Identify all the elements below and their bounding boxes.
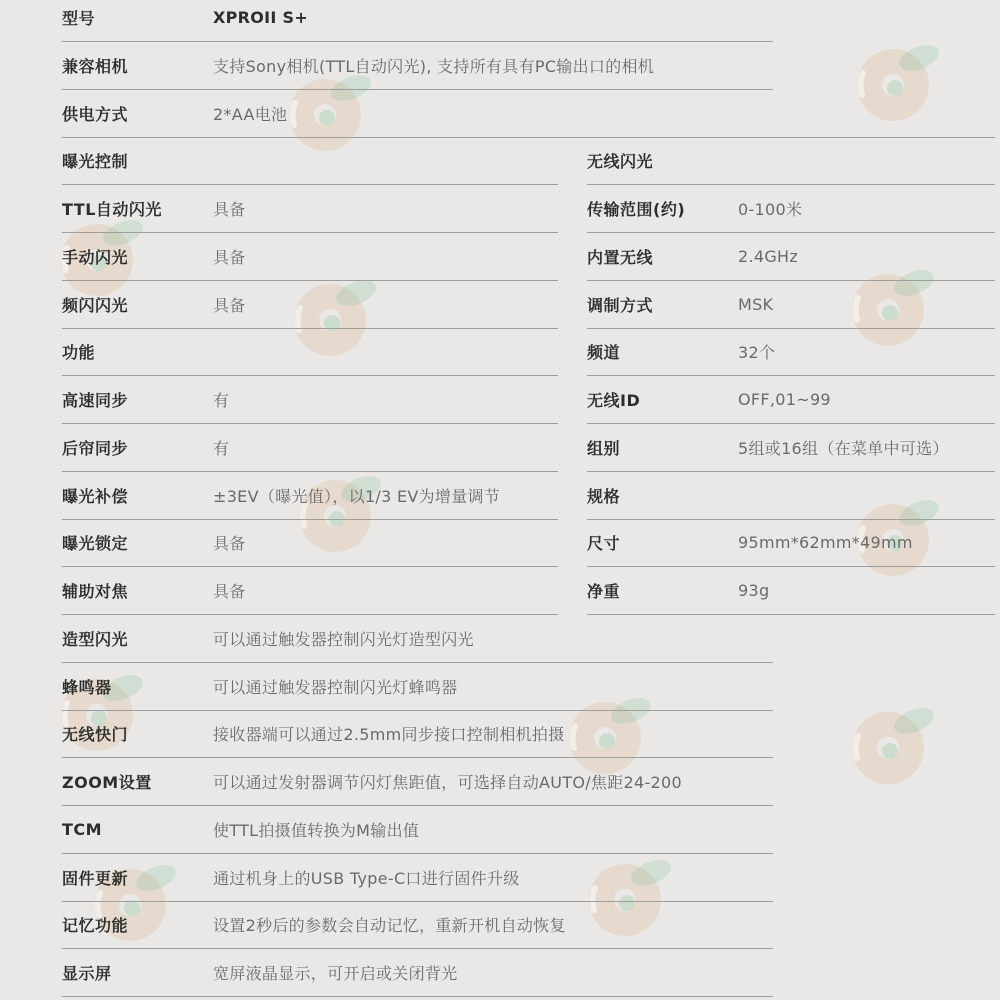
spec-label: 无线快门	[62, 722, 213, 745]
spec-table-top: 型号XPROII S+兼容相机支持Sony相机(TTL自动闪光), 支持所有具有…	[62, 0, 773, 138]
section-header-row: 规格	[587, 472, 995, 520]
spec-label: 频道	[587, 340, 738, 363]
spec-label: 传输范围(约)	[587, 197, 738, 220]
spec-label: 高速同步	[62, 388, 213, 411]
spec-label: 频闪闪光	[62, 293, 213, 316]
spec-value: XPROII S+	[213, 8, 308, 27]
spec-label: 显示屏	[62, 961, 213, 984]
spec-label: 固件更新	[62, 866, 213, 889]
spec-sheet: 型号XPROII S+兼容相机支持Sony相机(TTL自动闪光), 支持所有具有…	[0, 0, 1000, 1000]
spec-value: 95mm*62mm*49mm	[738, 533, 913, 552]
spec-value: 具备	[213, 293, 246, 316]
spec-row: 手动闪光具备	[62, 233, 558, 281]
spec-label: TTL自动闪光	[62, 197, 213, 220]
spec-value: 具备	[213, 197, 246, 220]
spec-row: 组别5组或16组（在菜单中可选）	[587, 424, 995, 472]
spec-value: 通过机身上的USB Type-C口进行固件升级	[213, 866, 520, 889]
spec-label: 供电方式	[62, 102, 213, 125]
spec-row: 无线IDOFF,01~99	[587, 376, 995, 424]
spec-row: 无线快门接收器端可以通过2.5mm同步接口控制相机拍摄	[62, 711, 773, 759]
spec-value: 0-100米	[738, 197, 802, 220]
spec-value: 接收器端可以通过2.5mm同步接口控制相机拍摄	[213, 722, 565, 745]
spec-row: 型号XPROII S+	[62, 0, 773, 42]
spec-label: 净重	[587, 579, 738, 602]
spec-label: 调制方式	[587, 293, 738, 316]
spec-row: 供电方式2*AA电池	[62, 90, 773, 138]
spec-row: 频道32个	[587, 329, 995, 377]
spec-row: 调制方式MSK	[587, 281, 995, 329]
section-header-row: 曝光控制	[62, 138, 558, 186]
spec-label: 规格	[587, 484, 738, 507]
spec-label: 功能	[62, 340, 213, 363]
section-header-row: 无线闪光	[587, 138, 995, 186]
spec-label: 无线ID	[587, 388, 738, 411]
spec-label: ZOOM设置	[62, 770, 213, 793]
spec-value: 2.4GHz	[738, 247, 798, 266]
spec-value: 宽屏液晶显示，可开启或关闭背光	[213, 961, 458, 984]
spec-label: 兼容相机	[62, 54, 213, 77]
spec-table-bottom: 造型闪光可以通过触发器控制闪光灯造型闪光蜂鸣器可以通过触发器控制闪光灯蜂鸣器无线…	[62, 615, 773, 997]
spec-row: 兼容相机支持Sony相机(TTL自动闪光), 支持所有具有PC输出口的相机	[62, 42, 773, 90]
spec-value: 32个	[738, 340, 775, 363]
spec-row: 内置无线2.4GHz	[587, 233, 995, 281]
spec-value: 具备	[213, 245, 246, 268]
spec-row: 显示屏宽屏液晶显示，可开启或关闭背光	[62, 949, 773, 997]
spec-row: 曝光锁定具备	[62, 520, 558, 568]
spec-row: 后帘同步有	[62, 424, 558, 472]
spec-row: 尺寸95mm*62mm*49mm	[587, 520, 995, 568]
spec-label: 尺寸	[587, 531, 738, 554]
spec-value: 有	[213, 388, 229, 411]
spec-value: 有	[213, 436, 229, 459]
brand-watermark-icon	[838, 703, 938, 793]
spec-label: 后帘同步	[62, 436, 213, 459]
spec-row: 高速同步有	[62, 376, 558, 424]
spec-label: 手动闪光	[62, 245, 213, 268]
spec-label: 蜂鸣器	[62, 675, 213, 698]
spec-row: TTL自动闪光具备	[62, 185, 558, 233]
spec-row: ZOOM设置可以通过发射器调节闪灯焦距值，可选择自动AUTO/焦距24-200	[62, 758, 773, 806]
spec-row: 频闪闪光具备	[62, 281, 558, 329]
spec-value: 支持Sony相机(TTL自动闪光), 支持所有具有PC输出口的相机	[213, 54, 654, 77]
spec-row: 传输范围(约)0-100米	[587, 185, 995, 233]
spec-label: 无线闪光	[587, 149, 738, 172]
spec-table-right: 无线闪光传输范围(约)0-100米内置无线2.4GHz调制方式MSK频道32个无…	[587, 137, 995, 616]
spec-value: 93g	[738, 581, 769, 600]
spec-row: 辅助对焦具备	[62, 567, 558, 615]
spec-value: 可以通过触发器控制闪光灯造型闪光	[213, 627, 474, 650]
spec-label: 组别	[587, 436, 738, 459]
spec-table-left: 曝光控制TTL自动闪光具备手动闪光具备频闪闪光具备功能高速同步有后帘同步有曝光补…	[62, 138, 558, 616]
spec-value: 2*AA电池	[213, 102, 287, 125]
spec-row: 净重93g	[587, 567, 995, 615]
spec-row: 曝光补偿±3EV（曝光值），以1/3 EV为增量调节	[62, 472, 558, 520]
spec-label: 型号	[62, 6, 213, 29]
spec-label: 曝光控制	[62, 149, 213, 172]
spec-value: 可以通过发射器调节闪灯焦距值，可选择自动AUTO/焦距24-200	[213, 770, 682, 793]
spec-row: TCM使TTL拍摄值转换为M输出值	[62, 806, 773, 854]
spec-label: 曝光锁定	[62, 531, 213, 554]
spec-value: OFF,01~99	[738, 390, 831, 409]
spec-row: 记忆功能设置2秒后的参数会自动记忆，重新开机自动恢复	[62, 902, 773, 950]
spec-value: 设置2秒后的参数会自动记忆，重新开机自动恢复	[213, 913, 566, 936]
spec-label: 造型闪光	[62, 627, 213, 650]
brand-watermark-icon	[843, 40, 943, 130]
spec-value: 使TTL拍摄值转换为M输出值	[213, 818, 419, 841]
section-header-row: 功能	[62, 329, 558, 377]
spec-value: ±3EV（曝光值），以1/3 EV为增量调节	[213, 484, 500, 507]
spec-value: 可以通过触发器控制闪光灯蜂鸣器	[213, 675, 458, 698]
spec-value: 具备	[213, 531, 246, 554]
spec-label: 曝光补偿	[62, 484, 213, 507]
spec-label: 内置无线	[587, 245, 738, 268]
spec-value: 5组或16组（在菜单中可选）	[738, 436, 949, 459]
spec-row: 蜂鸣器可以通过触发器控制闪光灯蜂鸣器	[62, 663, 773, 711]
spec-row: 固件更新通过机身上的USB Type-C口进行固件升级	[62, 854, 773, 902]
spec-label: TCM	[62, 820, 213, 839]
spec-row: 造型闪光可以通过触发器控制闪光灯造型闪光	[62, 615, 773, 663]
spec-label: 记忆功能	[62, 913, 213, 936]
spec-value: MSK	[738, 295, 773, 314]
spec-value: 具备	[213, 579, 246, 602]
spec-label: 辅助对焦	[62, 579, 213, 602]
